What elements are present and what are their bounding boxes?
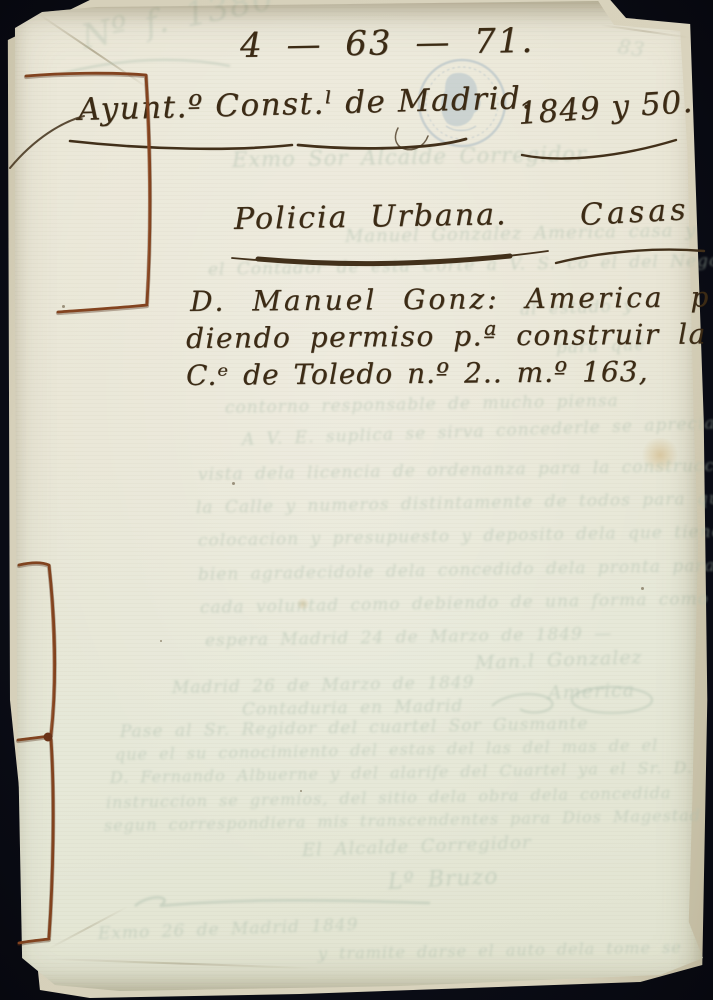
binding-thread xyxy=(0,0,713,1000)
thread-stitch-bottom xyxy=(18,563,55,943)
thread-stitch-top xyxy=(26,73,150,312)
thread-knot xyxy=(44,733,53,742)
scan-background: Nº f. 1380 83 Exmo Sor Alcalde Corregido… xyxy=(0,0,713,1000)
